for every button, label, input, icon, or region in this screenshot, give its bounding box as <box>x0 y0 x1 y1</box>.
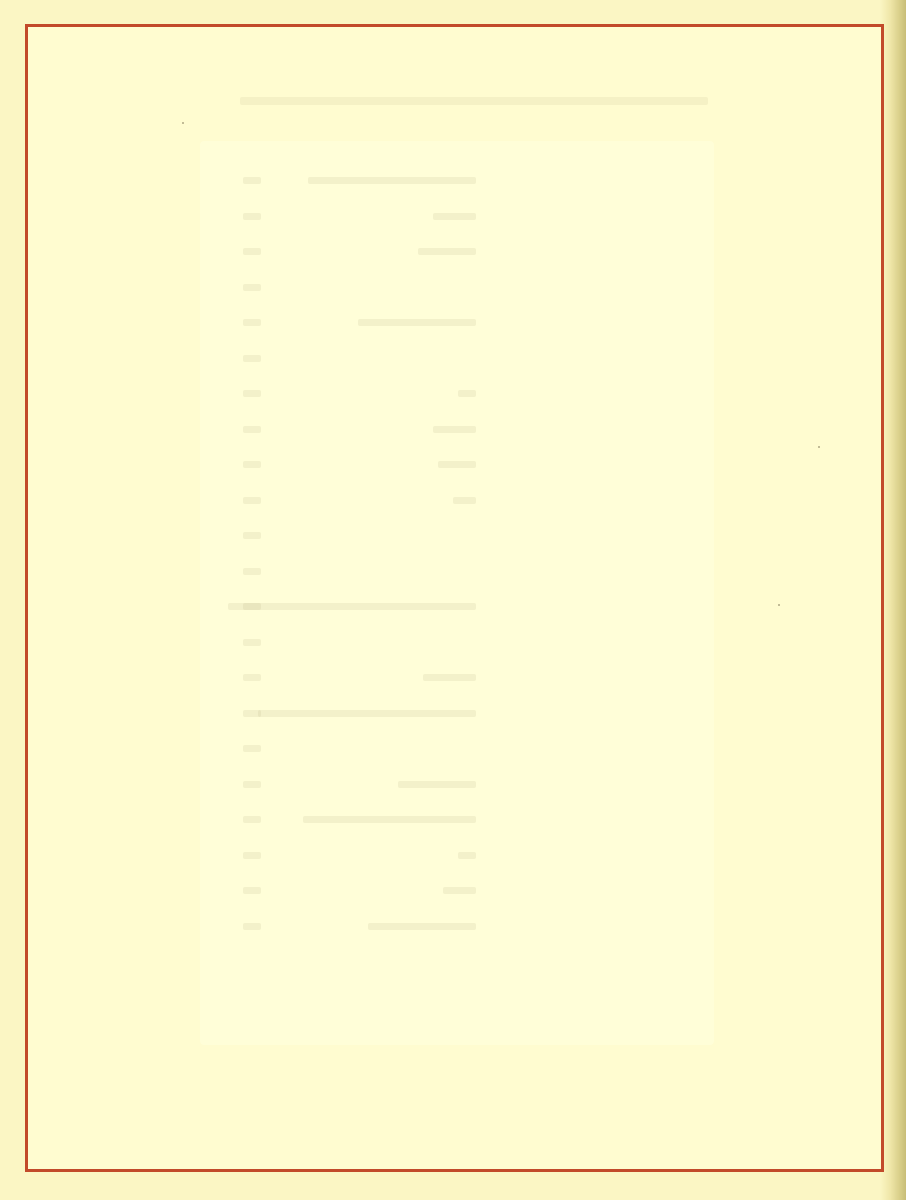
bleed-through-page-number <box>243 532 261 539</box>
bleed-through-line <box>418 248 476 255</box>
bleed-through-line <box>458 390 476 397</box>
bleed-through-page-number <box>243 852 261 859</box>
bleed-through-line <box>308 177 476 184</box>
page-border-frame <box>25 24 884 1172</box>
bleed-through-page-number <box>243 284 261 291</box>
bleed-through-line <box>453 497 476 504</box>
bleed-through-page-number <box>243 816 261 823</box>
bleed-through-page-number <box>243 355 261 362</box>
bleed-through-page-number <box>243 710 261 717</box>
bleed-through-line <box>433 213 476 220</box>
scan-speck <box>818 446 820 448</box>
bleed-through-page-number <box>243 497 261 504</box>
scan-speck <box>182 122 184 124</box>
bleed-through-page-number <box>243 781 261 788</box>
bleed-through-page-number <box>243 674 261 681</box>
bleed-through-line <box>458 852 476 859</box>
bleed-through-line <box>303 816 476 823</box>
bleed-through-page-number <box>243 887 261 894</box>
bleed-through-line <box>358 319 476 326</box>
bleed-through-page-number <box>243 177 261 184</box>
scan-speck <box>778 604 780 606</box>
bleed-through-page-number <box>243 745 261 752</box>
bleed-through-line <box>443 887 476 894</box>
bleed-through-page-number <box>243 390 261 397</box>
bleed-through-page-number <box>243 568 261 575</box>
bleed-through-header <box>240 97 708 105</box>
bleed-through-line <box>423 674 476 681</box>
bleed-through-page-number <box>243 426 261 433</box>
bleed-through-line <box>438 461 476 468</box>
bleed-through-panel <box>200 141 714 1045</box>
bleed-through-page-number <box>243 923 261 930</box>
bleed-through-page-number <box>243 603 261 610</box>
bleed-through-line <box>258 710 476 717</box>
bleed-through-line <box>368 923 476 930</box>
bleed-through-page-number <box>243 248 261 255</box>
bleed-through-page-number <box>243 639 261 646</box>
bleed-through-line <box>228 603 476 610</box>
bleed-through-line <box>433 426 476 433</box>
bleed-through-page-number <box>243 319 261 326</box>
bleed-through-page-number <box>243 213 261 220</box>
bleed-through-page-number <box>243 461 261 468</box>
bleed-through-line <box>398 781 476 788</box>
